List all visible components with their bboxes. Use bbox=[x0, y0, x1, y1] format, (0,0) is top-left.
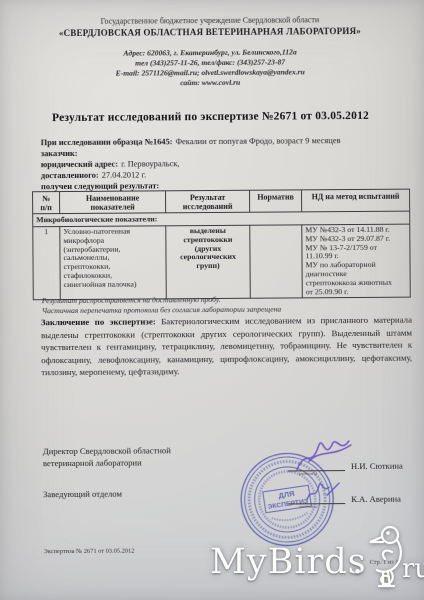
watermark-text: MyBirds bbox=[210, 542, 367, 582]
table-header-row: № п/п Наименование показателей Результат… bbox=[33, 189, 410, 214]
sample-value: Фекалии от попугая Фродо, возраст 9 меся… bbox=[175, 136, 340, 146]
stamp-line1: ДЛЯ bbox=[278, 489, 295, 500]
col-header-num: № п/п bbox=[33, 192, 60, 214]
org-name-line: «СВЕРДЛОВСКАЯ ОБЛАСТНАЯ ВЕТЕРИНАРНАЯ ЛАБ… bbox=[0, 26, 422, 39]
conclusion-label: Заключение по экспертизе: bbox=[41, 316, 156, 327]
legal-address-label: юридический адрес: bbox=[41, 160, 118, 170]
head-name: К.А. Аверина bbox=[351, 494, 401, 504]
director-signature-ink bbox=[293, 439, 357, 473]
norm-cell bbox=[250, 225, 303, 299]
mybirds-watermark: MyBirds . ru bbox=[206, 522, 424, 600]
method-cell: МУ №432-3 от 14.11.88 г. МУ №432-3 от 29… bbox=[302, 224, 411, 298]
org-type-line: Государственное бюджетное учреждение Све… bbox=[0, 15, 422, 27]
expertise-reference: Экспертиза № 2671 от 03.05.2012 bbox=[44, 548, 135, 556]
document-content: Государственное бюджетное учреждение Све… bbox=[0, 0, 424, 600]
result-cell: выделены стрептококки (других серологиче… bbox=[166, 225, 251, 299]
scanned-document-page: Государственное бюджетное учреждение Све… bbox=[0, 0, 424, 600]
head-signature-caption: (подпись) bbox=[299, 505, 317, 510]
document-title: Результат исследований по экспертизе №26… bbox=[0, 110, 423, 125]
director-name: Н.И. Сюткина bbox=[351, 461, 403, 471]
legal-address-value: г. Первоуральск, bbox=[121, 159, 180, 168]
department-head-title: Заведующий отделом bbox=[43, 488, 122, 501]
notes-block: Результат распространяется на доставленн… bbox=[42, 295, 281, 317]
col-header-result: Результат исследований bbox=[166, 190, 250, 213]
delivered-value: 27.04.2012 г. bbox=[102, 170, 146, 179]
head-signature-ink bbox=[303, 481, 345, 505]
col-header-method: НД на метод испытаний bbox=[302, 189, 410, 212]
customer-label: заказчик: bbox=[41, 149, 78, 158]
sample-info-block: При исследовании образца №1645:Фекалии о… bbox=[41, 135, 401, 193]
delivered-label: доставленного: bbox=[41, 171, 99, 180]
watermark-suffix: ru bbox=[402, 554, 424, 584]
director-signature-caption: (подпись) bbox=[299, 472, 317, 477]
conclusion-paragraph: Заключение по экспертизе: Бактериологиче… bbox=[41, 314, 412, 380]
indicator-name-cell: Условно-патогенная микрофлора (энтеробак… bbox=[60, 226, 167, 300]
org-site-line: сайт: www.covl.ru bbox=[0, 77, 422, 89]
table-row: 1 Условно-патогенная микрофлора (энтероб… bbox=[33, 224, 411, 300]
row-number: 1 bbox=[33, 227, 61, 301]
col-header-norm: Норматив bbox=[250, 190, 302, 212]
results-table: № п/п Наименование показателей Результат… bbox=[32, 189, 411, 301]
director-title: Директор Свердловской областной ветерина… bbox=[43, 444, 171, 469]
sample-label: При исследовании образца №1645: bbox=[41, 137, 173, 147]
col-header-name: Наименование показателей bbox=[60, 191, 166, 214]
